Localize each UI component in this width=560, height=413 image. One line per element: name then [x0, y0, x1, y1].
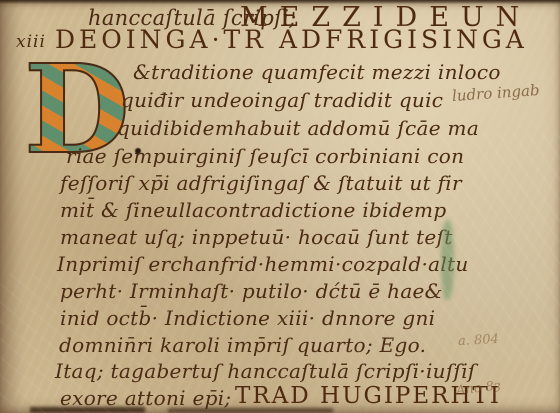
ink-blot	[135, 148, 141, 154]
text-line: Itaq; tagabertuſ hanccaſtulā ſcripſi·iuſ…	[55, 361, 476, 381]
margin-note-date: a. 804	[458, 333, 499, 348]
text-line: domnin̄ri karoli imp̄riſ quarto; Ego.	[59, 335, 426, 355]
text-line: inid octb̄· Indictione xiii· dnnore gni	[60, 308, 435, 328]
text-line: riae ſempuirginiſ ſeuſcī corbiniani con	[66, 146, 464, 166]
margin-note-cursive: ludro ingab	[452, 83, 540, 104]
text-line: &traditione quamfecit mezzi inloco	[133, 62, 501, 82]
text-line: exore attoni ep̄i;	[60, 388, 231, 408]
text-line: perht· Irminhaſt· putilo· dćtū ē hae&	[60, 281, 443, 301]
cutoff-line-fragment	[30, 407, 145, 413]
text-line: Inprimiſ erchanfrid·hemmi·cozpald·altu	[57, 254, 469, 274]
cutoff-line-fragment	[168, 408, 333, 413]
text-line: maneat uſq; inppetuū· hocaū ſunt teſt	[60, 227, 453, 247]
text-line: mit̄ & ſineullacontradictione ibidemp	[60, 200, 446, 220]
text-line: quiđir undeoingaſ tradidit quic	[121, 90, 443, 110]
text-line: quidibidemhabuit addomū ſcāe ma	[117, 118, 479, 138]
text-line: feſſoriſ xp̄i adfrigiſingaſ & ſtatuit ut…	[60, 173, 462, 193]
manuscript-page: hanccaſtulā ſcripſi; MEZZIDEUN xiii DEOI…	[0, 0, 560, 413]
green-pigment-stain	[441, 220, 454, 300]
